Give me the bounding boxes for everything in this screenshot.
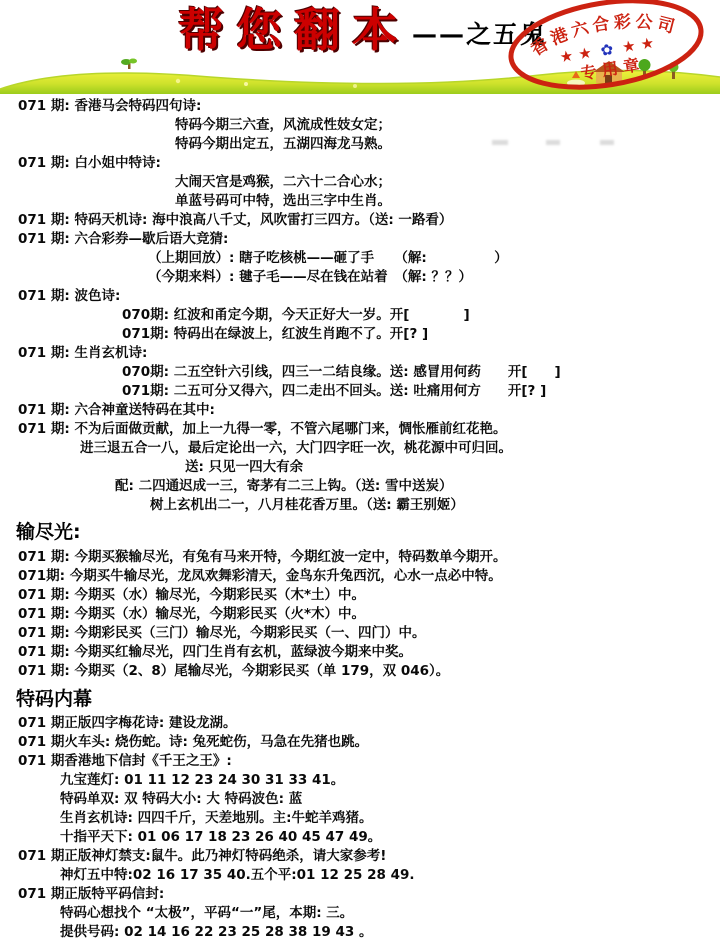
text-line: 071 期: 生肖玄机诗: [0, 344, 720, 363]
tiny-tree-icon [121, 59, 137, 70]
section-neimu: 特码内幕 071 期正版四字梅花诗: 建设龙湖。 071 期火车头: 烧伤蛇。诗… [0, 687, 720, 942]
text-line: 071 期正版四字梅花诗: 建设龙湖。 [0, 714, 720, 733]
text-line: 070期: 二五空针六引线，四三一二结良缘。送: 感冒用何药 开[ ] [0, 363, 720, 382]
text-line: 070期: 红波和甬定今期，今天正好大一岁。开[ ] [0, 306, 720, 325]
text-line: 071 期: 今期买（2、8）尾输尽光，今期彩民买（单 179，双 046）。 [0, 662, 720, 681]
flower-dot-icon [176, 79, 180, 83]
text-line: 大闹天宫是鸡猴，二六十二合心水； [0, 173, 720, 192]
section-main: 071 期: 香港马会特码四句诗: 特码今期三六查，风流成性妓女定； 特码今期出… [0, 97, 720, 515]
text-line: 送: 只见一四大有余 [0, 458, 720, 477]
content: 071 期: 香港马会特码四句诗: 特码今期三六查，风流成性妓女定； 特码今期出… [0, 94, 720, 942]
text-line: 071期: 二五可分又得六，四二走出不回头。送: 吐痛用何方 开[? ] [0, 382, 720, 401]
section-heading-shujinguang: 输尽光: [0, 520, 720, 545]
text-line: 071期: 特码出在绿波上，红波生肖跑不了。开[? ] [0, 325, 720, 344]
text-line: （今期来料）: 毽子毛——尽在钱在站着 （解: ？？） [0, 268, 720, 287]
text-line: 树上玄机出二一，八月桂花香万里。（送: 霸王别姬） [0, 496, 720, 515]
text-line: 071 期火车头: 烧伤蛇。诗: 兔死蛇伤，马急在先猪也跳。 [0, 733, 720, 752]
text-line: 071 期: 波色诗: [0, 287, 720, 306]
text-line: 071 期: 白小姐中特诗: [0, 154, 720, 173]
text-line: 十指平天下: 01 06 17 18 23 26 40 45 47 49。 [0, 828, 720, 847]
text-line: 配: 二四通迟成一三，寄茅有二三上钩。（送: 雪中送炭） [0, 477, 720, 496]
text-line: 神灯五中特:02 16 17 35 40.五个平:01 12 25 28 49. [0, 866, 720, 885]
title-row: 帮您翻本 ——之五鬼 [178, 4, 547, 56]
text-line: 生肖玄机诗: 四四千斤，天差地别。主:牛蛇羊鸡猪。 [0, 809, 720, 828]
text-line: 单蓝号码可中特，选出三字中生肖。 [0, 192, 720, 211]
stamp-stars-right: ★ ★ [621, 34, 656, 57]
flower-dot-icon [353, 84, 357, 88]
text-line: 071 期香港地下信封《千王之王》: [0, 752, 720, 771]
text-line: 071 期: 今期买猴输尽光，有兔有马来开特，今期红波一定中，特码数单今期开。 [0, 548, 720, 567]
text-line: 071 期: 今期买红输尽光，四门生肖有玄机，蓝绿波今期来中奖。 [0, 643, 720, 662]
text-line: 071 期: 今期买（水）输尽光，今期彩民买（木*土）中。 [0, 586, 720, 605]
text-line: 071 期正版特平码信封: [0, 885, 720, 904]
text-line: 九宝莲灯: 01 11 12 23 24 30 31 33 41。 [0, 771, 720, 790]
header: 帮您翻本 ——之五鬼 [0, 0, 720, 94]
text-line: 071 期: 特码天机诗: 海中浪高八千丈，风吹雷打三四方。（送: 一路看） [0, 211, 720, 230]
flower-dot-icon [244, 82, 248, 86]
text-line: 特码单双: 双 特码大小: 大 特码波色: 蓝 [0, 790, 720, 809]
text-line: 071 期: 今期彩民买（三门）输尽光，今期彩民买（一、四门）中。 [0, 624, 720, 643]
text-line: 071 期: 香港马会特码四句诗: [0, 97, 720, 116]
section-heading-neimu: 特码内幕 [0, 687, 720, 712]
text-line: 071 期: 六合彩券—歇后语大竞猜: [0, 230, 720, 249]
text-line: 特码心想找个 “太极”，平码“一”尾，本期: 三。 [0, 904, 720, 923]
page-title: 帮您翻本 [178, 4, 410, 56]
text-line: 071期: 今期买牛输尽光，龙凤欢舞彩清天，金鸟东升兔西沉，心水一点必中特。 [0, 567, 720, 586]
text-line: 提供号码: 02 14 16 22 23 25 28 38 19 43 。 [0, 923, 720, 942]
text-line: （上期回放）: 瞎子吃核桃——砸了手 （解: ） [0, 249, 720, 268]
text-line: 071 期: 今期买（水）输尽光，今期彩民买（火*木）中。 [0, 605, 720, 624]
stamp-flower-icon: ✿ [599, 40, 614, 60]
text-line: 071 期正版神灯禁支:鼠牛。此乃神灯特码绝杀，请大家参考! [0, 847, 720, 866]
text-line: 进三退五合一八，最后定论出一六，大门四字旺一次，桃花源中可归回。 [0, 439, 720, 458]
text-line: 071 期: 不为后面做贡献，加上一九得一零，不管六尾哪门来，惆怅雁前红花艳。 [0, 420, 720, 439]
text-line: 特码今期三六查，风流成性妓女定； [0, 116, 720, 135]
text-line: 特码今期出定五，五湖四海龙马熟。 [0, 135, 720, 154]
text-line: 071 期: 六合神童送特码在其中: [0, 401, 720, 420]
page: 帮您翻本 ——之五鬼 [0, 0, 720, 942]
section-shujinguang: 输尽光: 071 期: 今期买猴输尽光，有兔有马来开特，今期红波一定中，特码数单… [0, 520, 720, 681]
